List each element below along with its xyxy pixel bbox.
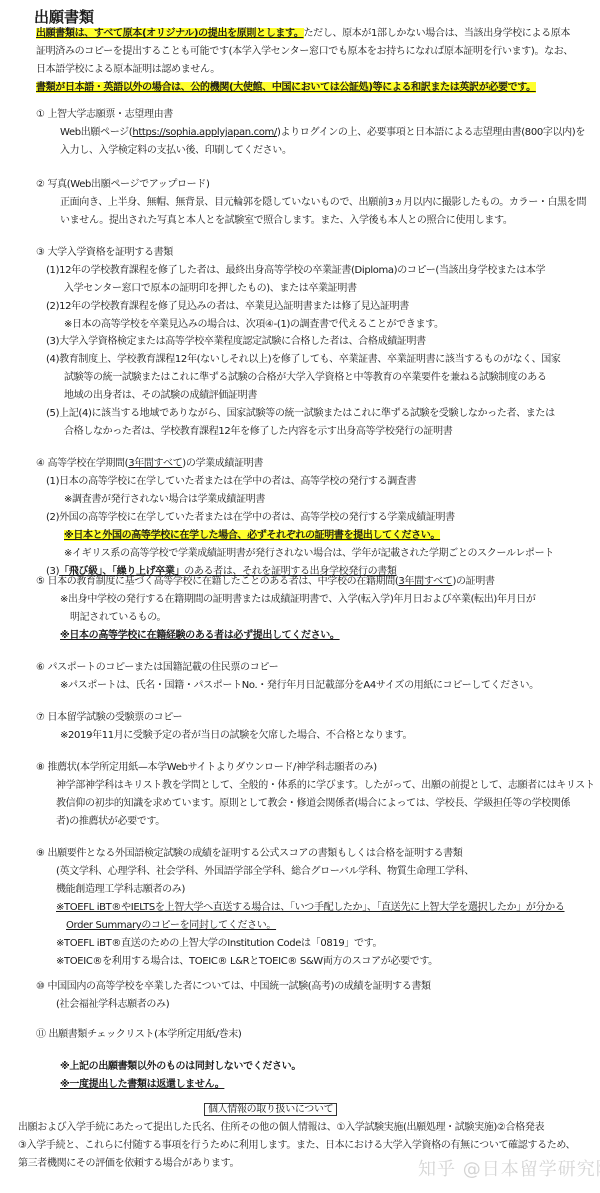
intro-line-3: 日本語学校による原本証明は認めません。 [36, 63, 220, 77]
section-4-heading: ④ 高等学校在学期間(3年間すべて)の学業成績証明書 [36, 457, 263, 471]
section-2-line-1: 正面向き、上半身、無帽、無背景、目元輪郭を隠していないもので、出願前3ヵ月以内に… [60, 196, 586, 210]
section-5-line-1: ※出身中学校の発行する在籍期間の証明書または成績証明書で、入学(転入学)年月日お… [60, 593, 536, 607]
section-6-heading: ⑥ パスポートのコピーまたは国籍記載の住民票のコピー [36, 661, 278, 675]
section-5-line-2: 明記されているもの。 [70, 611, 166, 625]
privacy-line-2: ③入学手続と、これらに付随する事項を行うために利用します。また、日本における大学… [18, 1139, 575, 1153]
s4-heading-a: ④ 高等学校在学期間( [36, 458, 128, 469]
section-4-line-2: ※調査書が発行されない場合は学業成績証明書 [64, 493, 265, 507]
s5-heading-underlined: 3年間すべて [398, 576, 452, 587]
section-3-line: (3)大学入学資格検定または高等学校卒業程度認定試験に合格した者は、合格成績証明… [46, 335, 426, 349]
section-3-line: 試験等の統一試験またはこれに準ずる試験の合格が大学入学資格と中等教育の卒業要件を… [64, 371, 547, 385]
section-3-line: 入学センター窓口で原本の証明印を押したもの)、または卒業証明書 [64, 282, 357, 296]
section-8-line-2: 教信仰の初歩的知識を求めています。原則として教会・修道会関係者(場合によっては、… [56, 797, 570, 811]
privacy-title-box: 個人情報の取り扱いについて [204, 1103, 337, 1116]
privacy-line-3: 第三者機関にその評価を依頼する場合があります。 [18, 1157, 239, 1171]
s1-text-a: Web出願ページ( [60, 127, 132, 138]
section-2-line-2: いません。提出された写真と本人とを試験室で照合します。また、入学後も本人との照合… [60, 214, 513, 228]
section-9-line-6: ※TOEIC®を利用する場合は、TOEIC® L&RとTOEIC® S&W両方の… [56, 955, 438, 969]
section-3-line: ※日本の高等学校を卒業見込みの場合は、次項④-(1)の調査書で代えることができま… [64, 318, 444, 332]
section-7-line-1: ※2019年11月に受験予定の者が当日の試験を欠席した場合、不合格となります。 [60, 729, 412, 743]
watermark: 知乎 @日本留学研究院 [418, 1155, 600, 1181]
section-6-line-1: ※パスポートは、氏名・国籍・パスポートNo.・発行年月日記載部分をA4サイズの用… [60, 679, 539, 693]
section-9-line-4: Order Summaryのコピーを同封してください。 [66, 919, 276, 933]
section-4-line-5: ※イギリス系の高等学校で学業成績証明書が発行されない場合は、学年が記載された学期… [64, 547, 554, 561]
note-no-return: ※一度提出した書類は返還しません。 [60, 1078, 224, 1092]
section-9-line-3: ※TOEFL iBT®やIELTSを上智大学へ直送する場合は、「いつ手配したか」… [56, 901, 565, 915]
s5-heading-a: ⑤ 日本の教育制度に基づく高等学校に在籍したことのある者は、中学校の在籍期間( [36, 576, 398, 587]
section-5-line-3: ※日本の高等学校に在籍経験のある者は必ず提出してください。 [60, 629, 340, 643]
s4-highlight-note: ※日本と外国の高等学校に在学した場合、必ずそれぞれの証明書を提出してください。 [64, 530, 440, 541]
section-4-line-1: (1)日本の高等学校に在学していた者または在学中の者は、高等学校の発行する調査書 [46, 475, 416, 489]
intro-highlight-original: 出願書類は、すべて原本(オリジナル)の提出を原則とします。 [36, 28, 304, 39]
section-3-line: 地域の出身者は、その試験の成績評価証明書 [64, 389, 257, 403]
section-10-line-1: (社会福祉学科志願者のみ) [56, 998, 169, 1012]
intro-line-4: 書類が日本語・英語以外の場合は、公的機関(大使館、中国においては公証処)等による… [36, 81, 536, 95]
section-9-line-5: ※TOEFL iBT®直送のための上智大学のInstitution Codeは「… [56, 937, 382, 951]
section-8-line-1: 神学部神学科はキリスト教を学問として、全般的・体系的に学びます。したがって、出願… [56, 779, 595, 793]
section-3-line: (4)教育制度上、学校教育課程12年(ないしそれ以上)を修了しても、卒業証書、卒… [46, 353, 561, 367]
intro-line-1: 出願書類は、すべて原本(オリジナル)の提出を原則とします。ただし、原本が1部しか… [36, 27, 570, 41]
s1-text-b: )よりログインの上、必要事項と日本語による志望理由書(800字以内)を [277, 127, 585, 138]
section-9-line-2: 機能創造理工学科志願者のみ) [56, 883, 185, 897]
section-8-heading: ⑧ 推薦状(本学所定用紙—本学Webサイトよりダウンロード/神学科志願者のみ) [36, 761, 377, 775]
section-1-line-2: 入力し、入学検定料の支払い後、印刷してください。 [60, 144, 292, 158]
intro-text: ただし、原本が1部しかない場合は、当該出身学校による原本 [304, 28, 571, 39]
section-3-line: (5)上記(4)に該当する地域でありながら、国家試験等の統一試験またはこれに準ず… [46, 407, 555, 421]
apply-url-link[interactable]: https://sophia.applyjapan.com/ [132, 127, 277, 138]
document-page: 出願書類 出願書類は、すべて原本(オリジナル)の提出を原則とします。ただし、原本… [0, 0, 600, 1193]
intro-line-2: 証明済みのコピーを提出することも可能です(本学入学センター窓口でも原本をお持ちに… [36, 45, 573, 59]
intro-highlight-translation: 書類が日本語・英語以外の場合は、公的機関(大使館、中国においては公証処)等による… [36, 82, 536, 93]
section-9-heading: ⑨ 出願要件となる外国語検定試験の成績を証明する公式スコアの書類もしくは合格を証… [36, 847, 462, 861]
section-1-line-1: Web出願ページ(https://sophia.applyjapan.com/)… [60, 126, 585, 140]
privacy-line-1: 出願および入学手続にあたって提出した氏名、住所その他の個人情報は、①入学試験実施… [18, 1121, 544, 1135]
note-no-other-docs: ※上記の出願書類以外のものは同封しないでください。 [60, 1060, 301, 1074]
privacy-title: 個人情報の取り扱いについて [204, 1103, 337, 1117]
section-3-line: (2)12年の学校教育課程を修了見込みの者は、卒業見込証明書または修了見込証明書 [46, 300, 409, 314]
section-9-line-1: (英文学科、心理学科、社会学科、外国語学部全学科、総合グローバル学科、物質生命理… [56, 865, 474, 879]
section-4-line-3: (2)外国の高等学校に在学していた者または在学中の者は、高等学校の発行する学業成… [46, 511, 455, 525]
s4-heading-b: )の学業成績証明書 [182, 458, 263, 469]
section-1-heading: ① 上智大学志願票・志望理由書 [36, 108, 173, 122]
section-5-heading: ⑤ 日本の教育制度に基づく高等学校に在籍したことのある者は、中学校の在籍期間(3… [36, 575, 495, 589]
section-3-line: 合格しなかった者は、学校教育課程12年を修了した内容を示す出身高等学校発行の証明… [64, 425, 452, 439]
section-7-heading: ⑦ 日本留学試験の受験票のコピー [36, 711, 182, 725]
section-11-heading: ⑪ 出願書類チェックリスト(本学所定用紙/巻末) [36, 1028, 241, 1042]
section-10-heading: ⑩ 中国国内の高等学校を卒業した者については、中国統一試験(高考)の成績を証明す… [36, 980, 431, 994]
section-8-line-3: 者)の推薦状が必要です。 [56, 815, 165, 829]
page-title: 出願書類 [34, 8, 94, 26]
section-3-heading: ③ 大学入学資格を証明する書類 [36, 246, 173, 260]
section-4-line-4: ※日本と外国の高等学校に在学した場合、必ずそれぞれの証明書を提出してください。 [64, 529, 440, 543]
section-2-heading: ② 写真(Web出願ページでアップロード) [36, 178, 210, 192]
s5-heading-b: )の証明書 [452, 576, 494, 587]
section-3-line: (1)12年の学校教育課程を修了した者は、最終出身高等学校の卒業証書(Diplo… [46, 264, 545, 278]
s4-heading-underlined: 3年間すべて [128, 458, 182, 469]
